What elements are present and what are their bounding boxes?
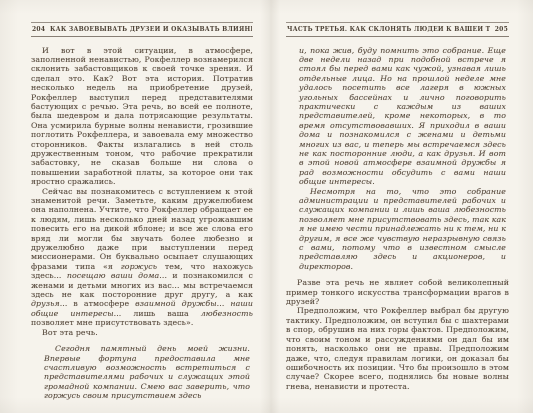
text-run: позволяет мне присутствовать здесь». bbox=[31, 318, 193, 327]
text-run: в атмосфере bbox=[67, 299, 135, 308]
italic-run: Сегодня памятный день моей жизни. Впервы… bbox=[44, 344, 250, 400]
paragraph: Сейчас вы познакомитесь с вступлением к … bbox=[31, 187, 253, 328]
paragraph: Несмотря на то, что это собрание админис… bbox=[299, 187, 506, 272]
right-body-text: и, пока жив, буду помнить это собрание. … bbox=[286, 46, 509, 392]
left-page-number: 204 bbox=[32, 26, 50, 33]
left-body-text: И вот в этой ситуации, в атмосфере, запо… bbox=[31, 46, 253, 401]
italic-run: любезность bbox=[201, 309, 253, 318]
right-running-head: ЧАСТЬ ТРЕТЬЯ. КАК СКЛОНЯТЬ ЛЮДЕЙ К ВАШЕЙ… bbox=[286, 22, 509, 37]
left-running-head: 204 КАК ЗАВОЕВЫВАТЬ ДРУЗЕЙ И ОКАЗЫВАТЬ В… bbox=[31, 22, 253, 37]
italic-run: взаимной дружбы... bbox=[135, 299, 224, 308]
paragraph: И вот в этой ситуации, в атмосфере, запо… bbox=[31, 46, 253, 187]
italic-run: Несмотря на то, что это собрание админис… bbox=[299, 187, 506, 271]
right-header-title: ЧАСТЬ ТРЕТЬЯ. КАК СКЛОНЯТЬ ЛЮДЕЙ К ВАШЕЙ… bbox=[287, 26, 490, 33]
paragraph: Разве эта речь не являет собой великолеп… bbox=[286, 278, 509, 306]
text-run: Вот эта речь. bbox=[42, 328, 98, 337]
text-run: лишь ваша bbox=[121, 309, 200, 318]
paragraph: и, пока жив, буду помнить это собрание. … bbox=[299, 46, 506, 187]
text-run: И вот в этой ситуации, в атмосфере, запо… bbox=[31, 46, 253, 187]
text-run: Предположим, что Рокфеллер выбрал бы дру… bbox=[286, 306, 509, 390]
book-gutter-shadow bbox=[260, 0, 280, 413]
paragraph: Вот эта речь. bbox=[31, 328, 253, 337]
italic-run: и, пока жив, буду помнить это собрание. … bbox=[299, 46, 506, 187]
left-page: 204 КАК ЗАВОЕВЫВАТЬ ДРУЗЕЙ И ОКАЗЫВАТЬ В… bbox=[31, 22, 253, 392]
right-page-number: 205 bbox=[490, 26, 508, 33]
italic-run: горжусь bbox=[121, 262, 157, 271]
italic-run: посещаю ваши дома... bbox=[67, 271, 167, 280]
text-run: Сейчас вы познакомитесь с вступлением к … bbox=[31, 187, 253, 271]
text-run: Разве эта речь не являет собой великолеп… bbox=[286, 278, 509, 306]
left-header-title: КАК ЗАВОЕВЫВАТЬ ДРУЗЕЙ И ОКАЗЫВАТЬ ВЛИЯН… bbox=[50, 26, 252, 33]
paragraph: Сегодня памятный день моей жизни. Впервы… bbox=[44, 344, 250, 400]
italic-run: друзья... bbox=[31, 299, 67, 308]
right-page: ЧАСТЬ ТРЕТЬЯ. КАК СКЛОНЯТЬ ЛЮДЕЙ К ВАШЕЙ… bbox=[286, 22, 509, 392]
paragraph: Предположим, что Рокфеллер выбрал бы дру… bbox=[286, 306, 509, 391]
